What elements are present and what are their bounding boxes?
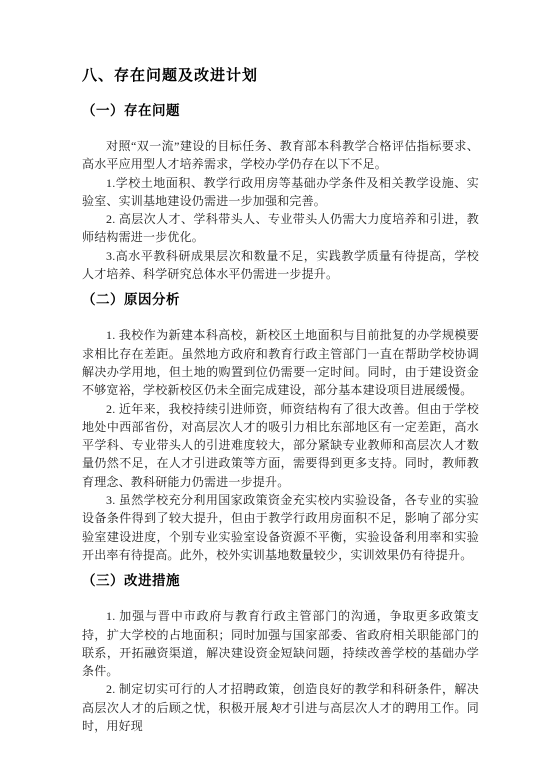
page-number: 39 (0, 702, 553, 712)
paragraph: 2. 近年来，我校持续引进师资，师资结构有了很大改善。但由于学校地处中西部省份，… (82, 400, 479, 491)
paragraph: 2. 高层次人才、学科带头人、专业带头人仍需大力度培养和引进，教师结构需进一步优… (82, 210, 479, 247)
paragraph: 3. 虽然学校充分利用国家政策资金充实校内实验设备，各专业的实验设备条件得到了较… (82, 491, 479, 564)
document-title: 八、存在问题及改进计划 (82, 66, 479, 85)
paragraph: 1. 加强与晋中市政府与教育行政主管部门的沟通，争取更多政策支持，扩大学校的占地… (82, 607, 479, 680)
paragraph: 3.高水平教科研成果层次和数量不足，实践教学质量有待提高，学校人才培养、科学研究… (82, 247, 479, 284)
paragraph: 对照“双一流”建设的目标任务、教育部本科教学合格评估指标要求、高水平应用型人才培… (82, 137, 479, 174)
section-heading-improvement-measures: （三）改进措施 (82, 572, 479, 589)
section-heading-existing-problems: （一）存在问题 (82, 102, 479, 119)
section-heading-cause-analysis: （二）原因分析 (82, 291, 479, 308)
document-page: 八、存在问题及改进计划 （一）存在问题 对照“双一流”建设的目标任务、教育部本科… (0, 0, 553, 783)
paragraph: 1.学校土地面积、教学行政用房等基础办学条件及相关教学设施、实验室、实训基地建设… (82, 174, 479, 211)
paragraph: 1. 我校作为新建本科高校，新校区土地面积与目前批复的办学规模要求相比存在差距。… (82, 326, 479, 399)
